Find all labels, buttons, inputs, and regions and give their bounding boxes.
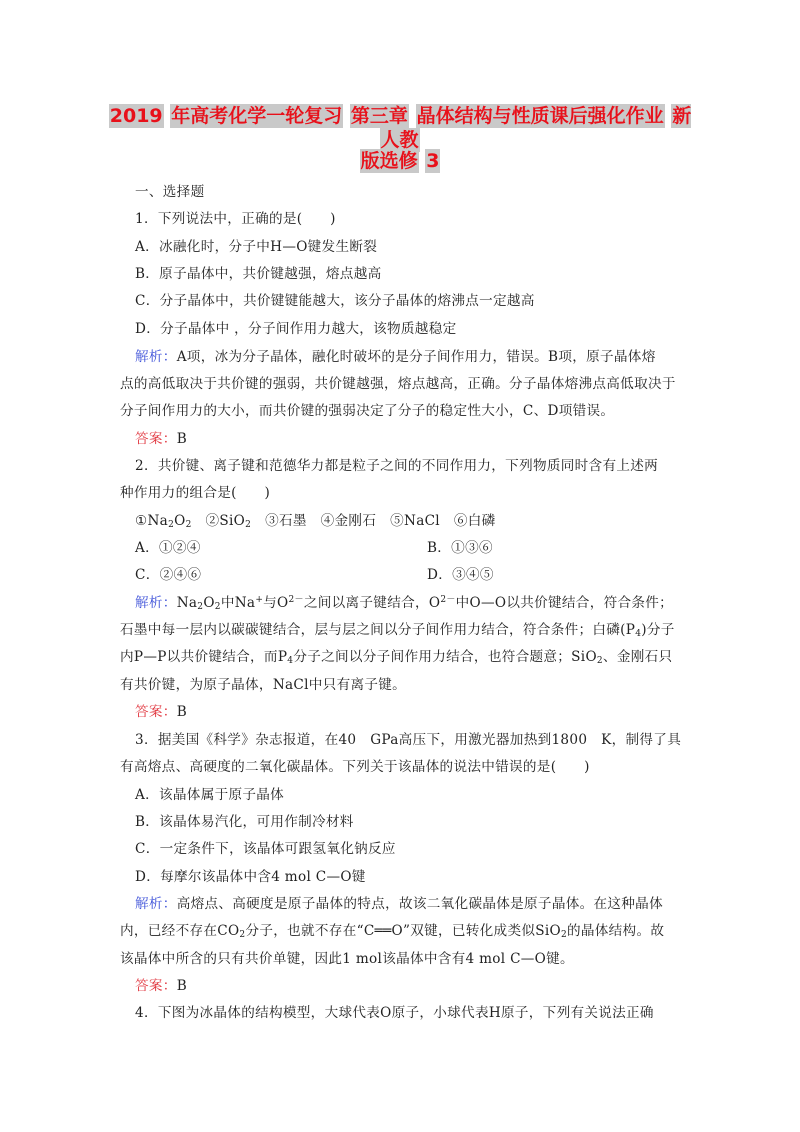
analysis-text: 与O	[263, 595, 288, 611]
question-3-option-d: D．每摩尔该晶体中含4 mol C—O键	[135, 868, 695, 886]
question-3-answer: 答案：B	[135, 977, 695, 995]
subscript: 2	[186, 520, 192, 530]
answer-label: 答案：	[135, 431, 177, 447]
answer-value: B	[177, 978, 187, 994]
question-3-stem: 3．据美国《科学》杂志报道，在40 GPa高压下，用激光器加热到1800 K，制…	[135, 731, 695, 749]
question-1-stem: 1．下列说法中，正确的是( )	[135, 210, 695, 228]
analysis-text: 的晶体结构。故	[567, 923, 664, 939]
title-part: 第三章	[350, 104, 409, 128]
substance-text: O	[174, 513, 185, 529]
question-2-stem: 种作用力的组合是( )	[120, 484, 680, 502]
question-3-analysis-line: 该晶体中所含的只有共价单键，因此1 mol该晶体中含有4 mol C—O键。	[120, 950, 680, 968]
section-heading: 一、选择题	[135, 183, 695, 201]
question-1-analysis-line: 点的高低取决于共价键的强弱，共价键越强，熔点越高，正确。分子晶体熔沸点高低取决于	[120, 375, 680, 393]
question-2-analysis-line: 内P—P以共价键结合，而P4分子之间以分子间作用力结合，也符合题意；SiO2、金…	[120, 648, 680, 666]
question-2-analysis-line: 石墨中每一层内以碳碳键结合，层与层之间以分子间作用力结合，符合条件；白磷(P4)…	[120, 621, 680, 639]
question-1-answer: 答案：B	[135, 430, 695, 448]
analysis-text: 高熔点、高硬度是原子晶体的特点，故该二氧化碳晶体是原子晶体。在这种晶体	[177, 896, 663, 912]
analysis-text: 之间以离子键结合，O	[304, 595, 441, 611]
question-2-options-row: A．①②④B．①③⑥	[135, 539, 695, 557]
analysis-text: )分子	[641, 622, 674, 638]
analysis-label: 解析：	[135, 349, 177, 365]
question-2-substances: ①Na2O2 ②SiO2 ③石墨 ④金刚石 ⑤NaCl ⑥白磷	[135, 512, 695, 530]
analysis-text: 分子之间以分子间作用力结合，也符合题意；SiO	[293, 649, 597, 665]
superscript: 2－	[440, 595, 455, 605]
question-2-option-c: C．②④⑥	[135, 567, 201, 583]
title-part: 晶体结构与性质课后强化作业	[416, 104, 665, 128]
question-3-option-a: A．该晶体属于原子晶体	[135, 786, 695, 804]
analysis-text: 分子，也就不存在“C══O”双键，已转化成类似SiO	[245, 923, 561, 939]
question-2-option-a: A．①②④	[135, 540, 201, 556]
analysis-label: 解析：	[135, 595, 177, 611]
analysis-text: 中O—O以共价键结合，符合条件；	[456, 595, 673, 611]
answer-label: 答案：	[135, 704, 177, 720]
analysis-text: Na	[177, 595, 198, 611]
document-title-line-1: 2019 年高考化学一轮复习 第三章 晶体结构与性质课后强化作业 新人教	[100, 104, 700, 152]
substance-text: ③石墨 ④金刚石 ⑤NaCl ⑥白磷	[265, 513, 495, 529]
question-2-option-d: D．③④⑤	[427, 566, 494, 584]
title-part: 3	[425, 149, 440, 173]
analysis-label: 解析：	[135, 896, 177, 912]
answer-value: B	[177, 431, 187, 447]
title-part: 版选修	[360, 149, 419, 173]
analysis-text: 中Na	[221, 595, 256, 611]
superscript: +	[255, 595, 263, 605]
analysis-text: O	[203, 595, 214, 611]
document-page: 2019 年高考化学一轮复习 第三章 晶体结构与性质课后强化作业 新人教 版选修…	[0, 0, 800, 1132]
question-3-option-b: B．该晶体易汽化，可用作制冷材料	[135, 813, 695, 831]
question-1-analysis-line: 分子间作用力的大小，而共价键的强弱决定了分子的稳定性大小，C、D项错误。	[120, 402, 680, 420]
superscript: 2－	[289, 595, 304, 605]
question-1-option-d: D．分子晶体中 ，分子间作用力越大，该物质越稳定	[135, 320, 695, 338]
answer-value: B	[177, 704, 187, 720]
question-3-analysis-line: 内，已经不存在CO2分子，也就不存在“C══O”双键，已转化成类似SiO2的晶体…	[120, 922, 680, 940]
question-2-analysis-line: 有共价键，为原子晶体，NaCl中只有离子键。	[120, 676, 680, 694]
question-3-analysis-line: 解析：高熔点、高硬度是原子晶体的特点，故该二氧化碳晶体是原子晶体。在这种晶体	[135, 895, 695, 913]
analysis-text: 内P—P以共价键结合，而P	[120, 649, 287, 665]
question-2-answer: 答案：B	[135, 703, 695, 721]
question-1-analysis-line: 解析：A项，冰为分子晶体，融化时破坏的是分子间作用力，错误。B项，原子晶体熔	[135, 348, 695, 366]
document-title-line-2: 版选修 3	[100, 149, 700, 173]
title-part: 年高考化学一轮复习	[170, 104, 343, 128]
question-4-stem: 4．下图为冰晶体的结构模型，大球代表O原子，小球代表H原子，下列有关说法正确	[135, 1004, 695, 1022]
question-2-options-row: C．②④⑥D．③④⑤	[135, 566, 695, 584]
subscript: 2	[245, 520, 251, 530]
question-3-option-c: C．一定条件下，该晶体可跟氢氧化钠反应	[135, 840, 695, 858]
title-year: 2019	[109, 104, 164, 128]
question-1-option-c: C．分子晶体中，共价键键能越大，该分子晶体的熔沸点一定越高	[135, 292, 695, 310]
substance-text: ②SiO	[206, 513, 246, 529]
analysis-text: A项，冰为分子晶体，融化时破坏的是分子间作用力，错误。B项，原子晶体熔	[177, 349, 656, 365]
question-1-option-a: A．冰融化时，分子中H—O键发生断裂	[135, 238, 695, 256]
substance-text: ①Na	[135, 513, 168, 529]
question-2-analysis-line: 解析：Na2O2中Na+与O2－之间以离子键结合，O2－中O—O以共价键结合，符…	[135, 594, 695, 612]
analysis-text: 、金刚石只	[603, 649, 672, 665]
analysis-text: 石墨中每一层内以碳碳键结合，层与层之间以分子间作用力结合，符合条件；白磷(P	[120, 622, 635, 638]
analysis-text: 内，已经不存在CO	[120, 923, 239, 939]
question-3-stem: 有高熔点、高硬度的二氧化碳晶体。下列关于该晶体的说法中错误的是( )	[120, 758, 680, 776]
question-2-option-b: B．①③⑥	[427, 539, 493, 557]
question-1-option-b: B．原子晶体中，共价键越强，熔点越高	[135, 265, 695, 283]
answer-label: 答案：	[135, 978, 177, 994]
question-2-stem: 2．共价键、离子键和范德华力都是粒子之间的不同作用力，下列物质同时含有上述两	[135, 457, 695, 475]
